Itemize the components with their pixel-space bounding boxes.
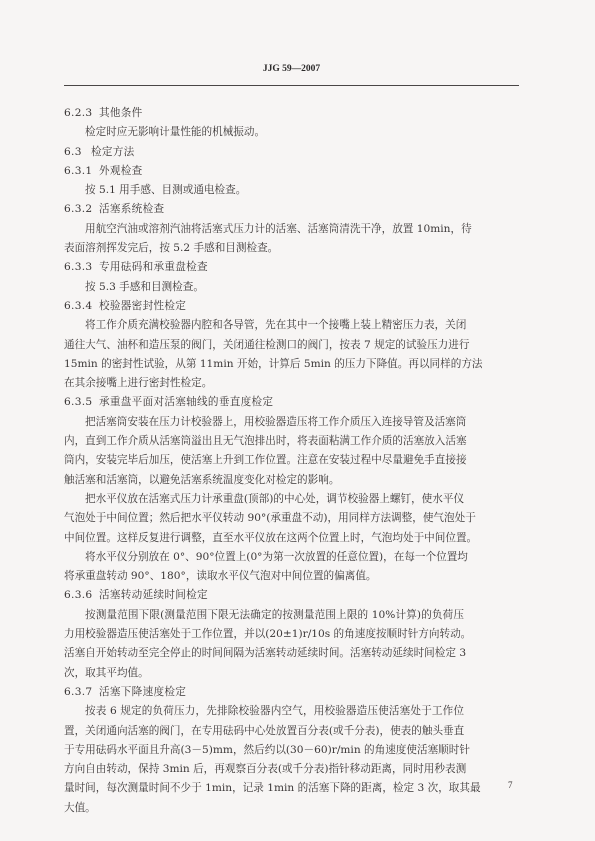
- paragraph-6-3-7: 按表 6 规定的负荷压力，先排除校验器内空气，用校验器造压使活塞处于工作位 置，…: [64, 702, 464, 818]
- section-heading-6-3-2: 6.3.2活塞系统检查: [64, 200, 464, 219]
- section-heading-6-3-6: 6.3.6活塞转动延续时间检定: [64, 586, 464, 605]
- header-divider: [64, 85, 519, 86]
- paragraph-6-3-6: 按测量范围下限(测量范围下限无法确定的按测量范围上限的 10%计算)的负荷压 力…: [64, 606, 464, 683]
- paragraph-6-3-3: 按 5.3 手感和目测检查。: [64, 278, 464, 297]
- paragraph-6-3-2: 用航空汽油或溶剂汽油将活塞式压力计的活塞、活塞筒清洗干净，放置 10min，待 …: [64, 220, 464, 259]
- section-heading-6-3-3: 6.3.3专用砝码和承重盘检查: [64, 258, 464, 277]
- section-heading-6-3-1: 6.3.1外观检查: [64, 162, 464, 181]
- page-header: JJG 59—2007: [64, 64, 519, 74]
- paragraph-6-3-4: 将工作介质充满校验器内腔和各导管，先在其中一个接嘴上装上精密压力表，关闭 通往大…: [64, 316, 464, 393]
- section-heading-6-3: 6.3检定方法: [64, 143, 464, 162]
- section-heading-6-2-3: 6.2.3其他条件: [64, 104, 464, 123]
- paragraph-6-3-5-c: 将水平仪分别放在 0°、90°位置上(0°为第一次放置的任意位置)，在每一个位置…: [64, 548, 464, 587]
- paragraph-6-3-5-b: 把水平仪放在活塞式压力计承重盘(顶部)的中心处，调节校验器上螺钉，使水平仪 气泡…: [64, 490, 464, 548]
- paragraph-6-3-5-a: 把活塞筒安装在压力计校验器上，用校验器造压将工作介质压入连接导管及活塞筒 内，直…: [64, 413, 464, 490]
- page-body: 6.2.3其他条件 检定时应无影响计量性能的机械振动。 6.3检定方法 6.3.…: [64, 104, 464, 818]
- paragraph-6-2-3: 检定时应无影响计量性能的机械振动。: [64, 123, 464, 142]
- document-page: JJG 59—2007 6.2.3其他条件 检定时应无影响计量性能的机械振动。 …: [0, 0, 595, 841]
- section-heading-6-3-4: 6.3.4校验器密封性检定: [64, 297, 464, 316]
- paragraph-6-3-1: 按 5.1 用手感、目测或通电检查。: [64, 181, 464, 200]
- section-heading-6-3-7: 6.3.7活塞下降速度检定: [64, 683, 464, 702]
- section-heading-6-3-5: 6.3.5承重盘平面对活塞轴线的垂直度检定: [64, 393, 464, 412]
- page-number: 7: [508, 780, 513, 790]
